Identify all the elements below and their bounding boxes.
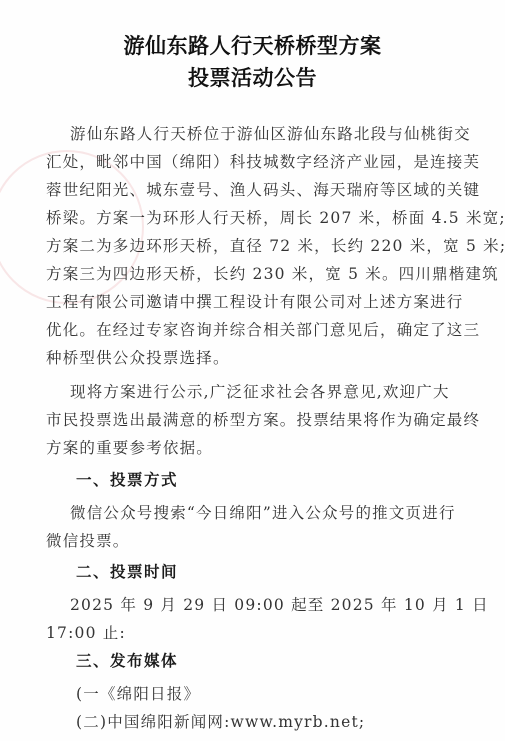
media-item: (二)中国绵阳新闻网:www.myrb.net; — [76, 712, 476, 732]
body-text-line: 2025 年 9 月 29 日 09:00 起至 2025 年 10 月 1 日 — [70, 595, 470, 615]
body-text-line: 微信公众号搜索“今日绵阳”进入公众号的推文页进行 — [70, 503, 470, 523]
body-text-line: 方案三为四边形天桥，长约 230 米，宽 5 米。四川鼎楷建筑 — [46, 264, 446, 284]
document-title-line2: 投票活动公告 — [0, 62, 505, 92]
section-heading-voting-method: 一、投票方式 — [76, 470, 476, 490]
body-text-line: 种桥型供公众投票选择。 — [46, 348, 446, 368]
body-text-line: 蓉世纪阳光、城东壹号、渔人码头、海天瑞府等区域的关键 — [46, 180, 446, 200]
body-text-line: 方案的重要参考依据。 — [46, 438, 446, 458]
body-text-line: 游仙东路人行天桥位于游仙区游仙东路北段与仙桃街交 — [70, 124, 470, 144]
body-text-line: 方案二为多边环形天桥，直径 72 米，长约 220 米，宽 5 米; — [46, 236, 446, 256]
media-item: (一《绵阳日报》 — [76, 684, 476, 704]
body-text-line: 微信投票。 — [46, 531, 446, 551]
body-text-line: 优化。在经过专家咨询并综合相关部门意见后，确定了这三 — [46, 320, 446, 340]
body-text-line: 工程有限公司邀请中撰工程设计有限公司对上述方案进行 — [46, 292, 446, 312]
body-text-line: 桥梁。方案一为环形人行天桥，周长 207 米，桥面 4.5 米宽; — [46, 208, 446, 228]
document-page: 游仙东路人行天桥桥型方案 投票活动公告 游仙东路人行天桥位于游仙区游仙东路北段与… — [0, 0, 505, 741]
section-heading-media: 三、发布媒体 — [76, 651, 476, 671]
section-heading-voting-time: 二、投票时间 — [76, 562, 476, 582]
body-text-line: 市民投票选出最满意的桥型方案。投票结果将作为确定最终 — [46, 410, 446, 430]
body-text-line: 现将方案进行公示,广泛征求社会各界意见,欢迎广大 — [70, 382, 470, 402]
body-text-line: 17:00 止: — [46, 623, 446, 643]
document-title-line1: 游仙东路人行天桥桥型方案 — [0, 30, 505, 60]
body-text-line: 汇处，毗邻中国（绵阳）科技城数字经济产业园，是连接芙 — [46, 152, 446, 172]
